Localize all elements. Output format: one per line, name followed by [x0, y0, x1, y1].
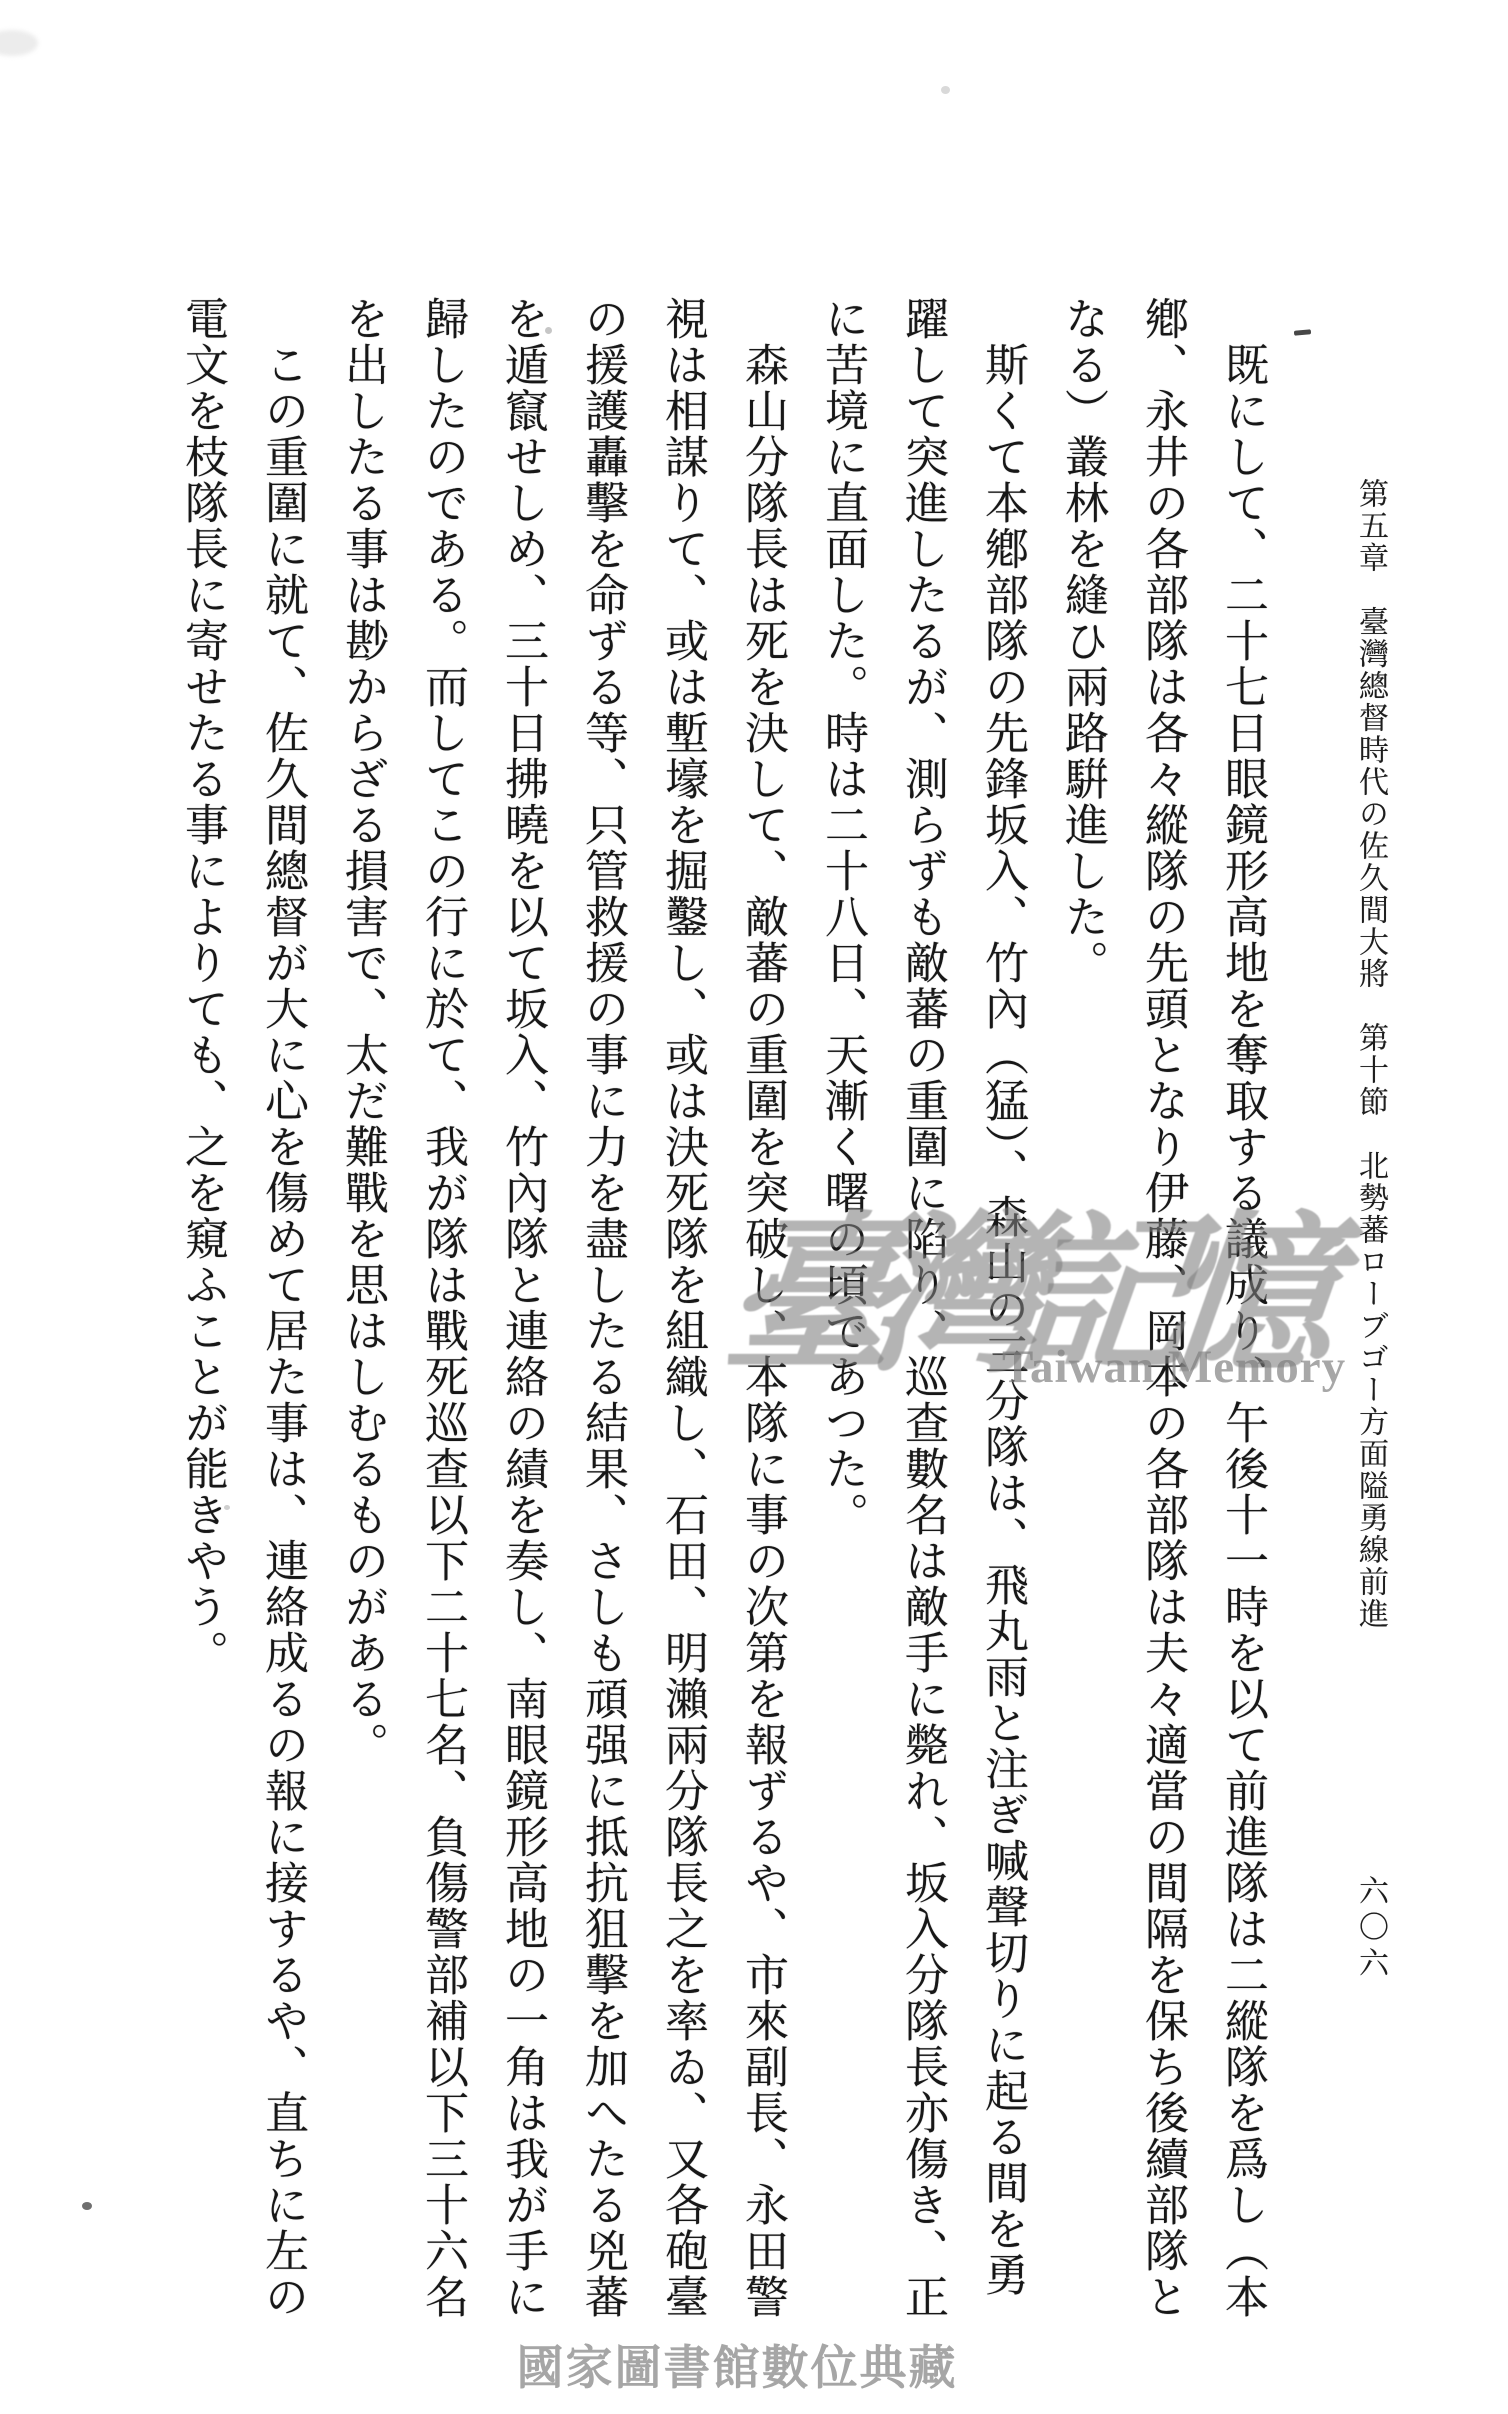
scanned-page: 第五章 臺灣總督時代の佐久間大將 第十節 北勢蕃ローブゴー方面隘勇線前進 六〇六… — [0, 0, 1508, 2414]
print-dash-mark — [1294, 329, 1311, 335]
paragraph-3: 森山分隊長は死を決して、敵蕃の重圍を突破し、本隊に事の次第を報ずるや、市來副長、… — [322, 296, 802, 2342]
paragraph-2: 斯くて本鄕部隊の先鋒坂入、竹內（猛）、森山の三分隊は、飛丸雨と注ぎ喊聲切りに起る… — [802, 296, 1042, 2342]
scan-smudge — [0, 30, 38, 56]
scan-speck — [545, 327, 552, 334]
scan-speck — [941, 86, 950, 94]
scan-speck — [224, 1505, 230, 1510]
paragraph-4: この重圍に就て、佐久間總督が大に心を傷めて居た事は、連絡成るの報に接するや、直ち… — [162, 296, 322, 2342]
paragraph-1: 既にして、二十七日眼鏡形高地を奪取する議成り、午後十一時を以て前進隊は二縱隊を爲… — [1042, 296, 1282, 2342]
archive-banner: 國家圖書館數位典藏 — [0, 2331, 1474, 2398]
chapter-header: 第五章 臺灣總督時代の佐久間大將 第十節 北勢蕃ローブゴー方面隘勇線前進 — [1352, 478, 1388, 1978]
page-number: 六〇六 — [1352, 1875, 1388, 1983]
body-text: 既にして、二十七日眼鏡形高地を奪取する議成り、午後十一時を以て前進隊は二縱隊を爲… — [154, 296, 1282, 2342]
scan-speck — [82, 2202, 92, 2210]
